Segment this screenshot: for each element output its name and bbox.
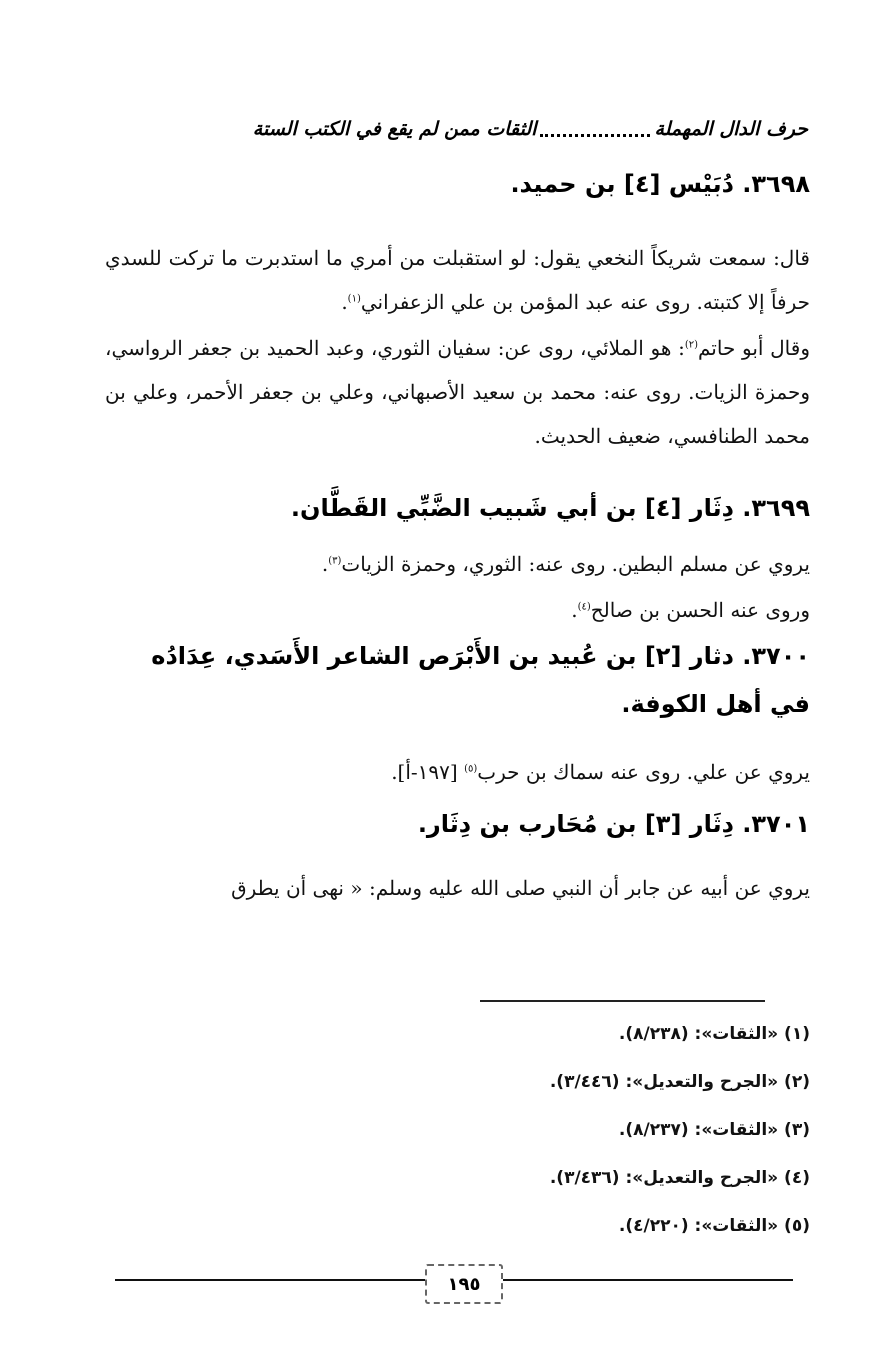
footnote-ref-4[interactable]: (٤) (578, 601, 591, 612)
footer-rule-right (500, 1279, 793, 1281)
footnotes: (١) «الثقات»: (٨/٢٣٨). (٢) «الجرح والتعد… (470, 1010, 810, 1250)
entry-3701-paragraph-1: يروي عن أبيه عن جابر أن النبي صلى الله ع… (105, 866, 836, 910)
header-book-section: الثقات ممن لم يقع في الكتب الستة (253, 118, 537, 140)
entry-3700-paragraph-1: يروي عن علي. روى عنه سماك بن حرب(٥) [١٩٧… (105, 750, 836, 794)
book-page: حرف الدال المهملة الثقات ممن لم يقع في ا… (0, 0, 880, 1366)
entry-title-3700: ٣٧٠٠. دثار [٢] بن عُبيد بن الأَبْرَص الش… (105, 632, 810, 728)
entry-3698-paragraph-1: قال: سمعت شريكاً النخعي يقول: لو استقبلت… (105, 236, 836, 324)
footnote-4: (٤) «الجرح والتعديل»: (٣/٤٣٦). (470, 1154, 810, 1202)
footnote-5: (٥) «الثقات»: (٤/٢٢٠). (470, 1202, 810, 1250)
footnote-ref-3[interactable]: (٣) (328, 555, 341, 566)
footnote-2: (٢) «الجرح والتعديل»: (٣/٤٤٦). (470, 1058, 810, 1106)
entry-title-3701: ٣٧٠١. دِثَار [٣] بن مُحَارب بن دِثَار. (105, 798, 810, 850)
footnote-ref-2[interactable]: (٢) (685, 339, 698, 350)
entry-title-3699: ٣٦٩٩. دِثَار [٤] بن أبي شَبيب الضَّبِّي … (105, 482, 810, 534)
footnote-3: (٣) «الثقات»: (٨/٢٣٧). (470, 1106, 810, 1154)
footnote-ref-5[interactable]: (٥) (464, 763, 477, 774)
running-header: حرف الدال المهملة الثقات ممن لم يقع في ا… (118, 112, 808, 146)
footnote-1: (١) «الثقات»: (٨/٢٣٨). (470, 1010, 810, 1058)
footnote-separator (480, 1000, 765, 1002)
entry-3699-paragraph-1: يروي عن مسلم البطين. روى عنه: الثوري، وح… (105, 542, 836, 586)
header-dotted-leader (540, 122, 650, 137)
entry-3699-paragraph-2: وروى عنه الحسن بن صالح(٤). (105, 588, 836, 632)
entry-title-3698: ٣٦٩٨. دُبَيْس [٤] بن حميد. (105, 158, 810, 210)
footnote-ref-1[interactable]: (١) (348, 293, 361, 304)
entry-3698-paragraph-2: وقال أبو حاتم(٢): هو الملائي، روى عن: سف… (105, 326, 836, 458)
header-chapter: حرف الدال المهملة (654, 118, 808, 140)
page-number: ١٩٥ (425, 1264, 503, 1304)
footer-rule-left (115, 1279, 425, 1281)
